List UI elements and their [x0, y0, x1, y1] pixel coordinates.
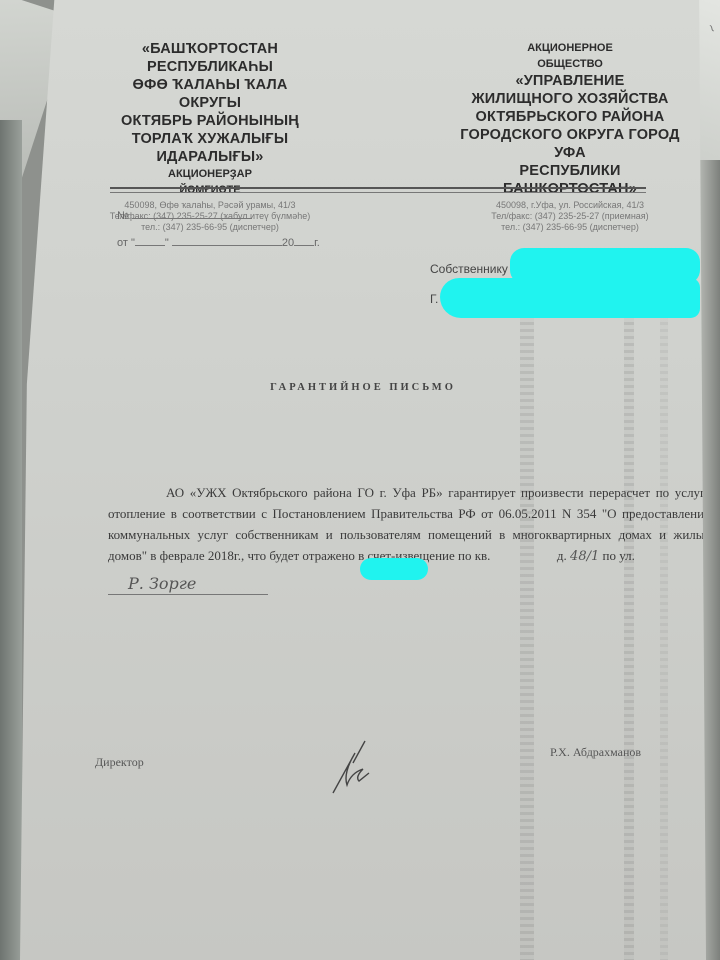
body-paragraph: АО «УЖХ Октябрьского района ГО г. Уфа РБ… — [108, 482, 711, 567]
reference-number: № — [117, 208, 252, 222]
redaction-mark — [440, 278, 700, 318]
redaction-mark — [360, 558, 428, 580]
letterhead-line: «УПРАВЛЕНИЕ — [460, 72, 680, 90]
letterhead-line: ИДАРАЛЫҒЫ» — [105, 148, 315, 166]
letterhead-line: АКЦИОНЕРҘАР — [105, 166, 315, 182]
background-surface — [0, 120, 22, 960]
letterhead-line: АКЦИОНЕРНОЕ — [460, 40, 680, 56]
signature-icon — [325, 733, 385, 798]
letterhead-russian: АКЦИОНЕРНОЕ ОБЩЕСТВО «УПРАВЛЕНИЕ ЖИЛИЩНО… — [460, 40, 680, 233]
street-label: по ул. — [603, 548, 635, 563]
address-line: тел.: (347) 235-66-95 (диспетчер) — [105, 222, 315, 233]
letterhead-bashkir: «БАШҠОРТОСТАН РЕСПУБЛИКАҺЫ ӨФӨ ҠАЛАҺЫ ҠА… — [105, 40, 315, 233]
year-suffix: г. — [314, 237, 320, 249]
letterhead-line: ОБЩЕСТВО — [460, 56, 680, 72]
letterhead-line: «БАШҠОРТОСТАН РЕСПУБЛИКАҺЫ — [105, 40, 315, 76]
date-prefix: от " — [117, 237, 135, 249]
address-line: тел.: (347) 235-66-95 (диспетчер) — [460, 222, 680, 233]
recipient-owner: Собственнику — [430, 262, 508, 276]
letterhead-line: ӨФӨ ҠАЛАҺЫ ҠАЛА ОКРУГЫ — [105, 76, 315, 112]
month-blank — [172, 235, 282, 246]
signatory-role: Директор — [95, 755, 144, 770]
letterhead-line: ОКТЯБРЬ РАЙОНЫНЫҢ — [105, 112, 315, 130]
address-line: Тел/факс: (347) 235-25-27 (приемная) — [460, 211, 680, 222]
document-title: ГАРАНТИЙНОЕ ПИСЬМО — [20, 382, 706, 393]
signatory-name: Р.Х. Абдрахманов — [550, 745, 641, 760]
letterhead-line: ГОРОДСКОГО ОКРУГА ГОРОД УФА — [460, 126, 680, 162]
date-quote: " — [165, 237, 169, 249]
year-prefix: 20 — [282, 237, 294, 249]
number-blank — [132, 208, 252, 219]
street-handwritten: Р. Зорге — [128, 574, 196, 593]
letter-body: АО «УЖХ Октябрьского района ГО г. Уфа РБ… — [108, 482, 711, 567]
house-number-handwritten: 48/1 — [570, 549, 599, 564]
letter-sheet: «БАШҠОРТОСТАН РЕСПУБЛИКАҺЫ ӨФӨ ҠАЛАҺЫ ҠА… — [20, 0, 706, 960]
number-label: № — [117, 210, 129, 222]
letterhead-line: ОКТЯБРЬСКОГО РАЙОНА — [460, 108, 680, 126]
letterhead-address: 450098, г.Уфа, ул. Российская, 41/3 Тел/… — [460, 200, 680, 233]
owner-label: Собственнику — [430, 262, 508, 276]
day-blank — [135, 235, 165, 246]
letterhead-line: ТОРЛАҠ ХУЖАЛЫҒЫ — [105, 130, 315, 148]
house-label: д. — [557, 548, 567, 563]
letterhead-line: ЖИЛИЩНОГО ХОЗЯЙСТВА — [460, 90, 680, 108]
reference-date: от "" 20г. — [117, 235, 320, 249]
letterhead-divider — [110, 187, 646, 193]
address-line: 450098, г.Уфа, ул. Российская, 41/3 — [460, 200, 680, 211]
year-blank — [294, 235, 314, 246]
